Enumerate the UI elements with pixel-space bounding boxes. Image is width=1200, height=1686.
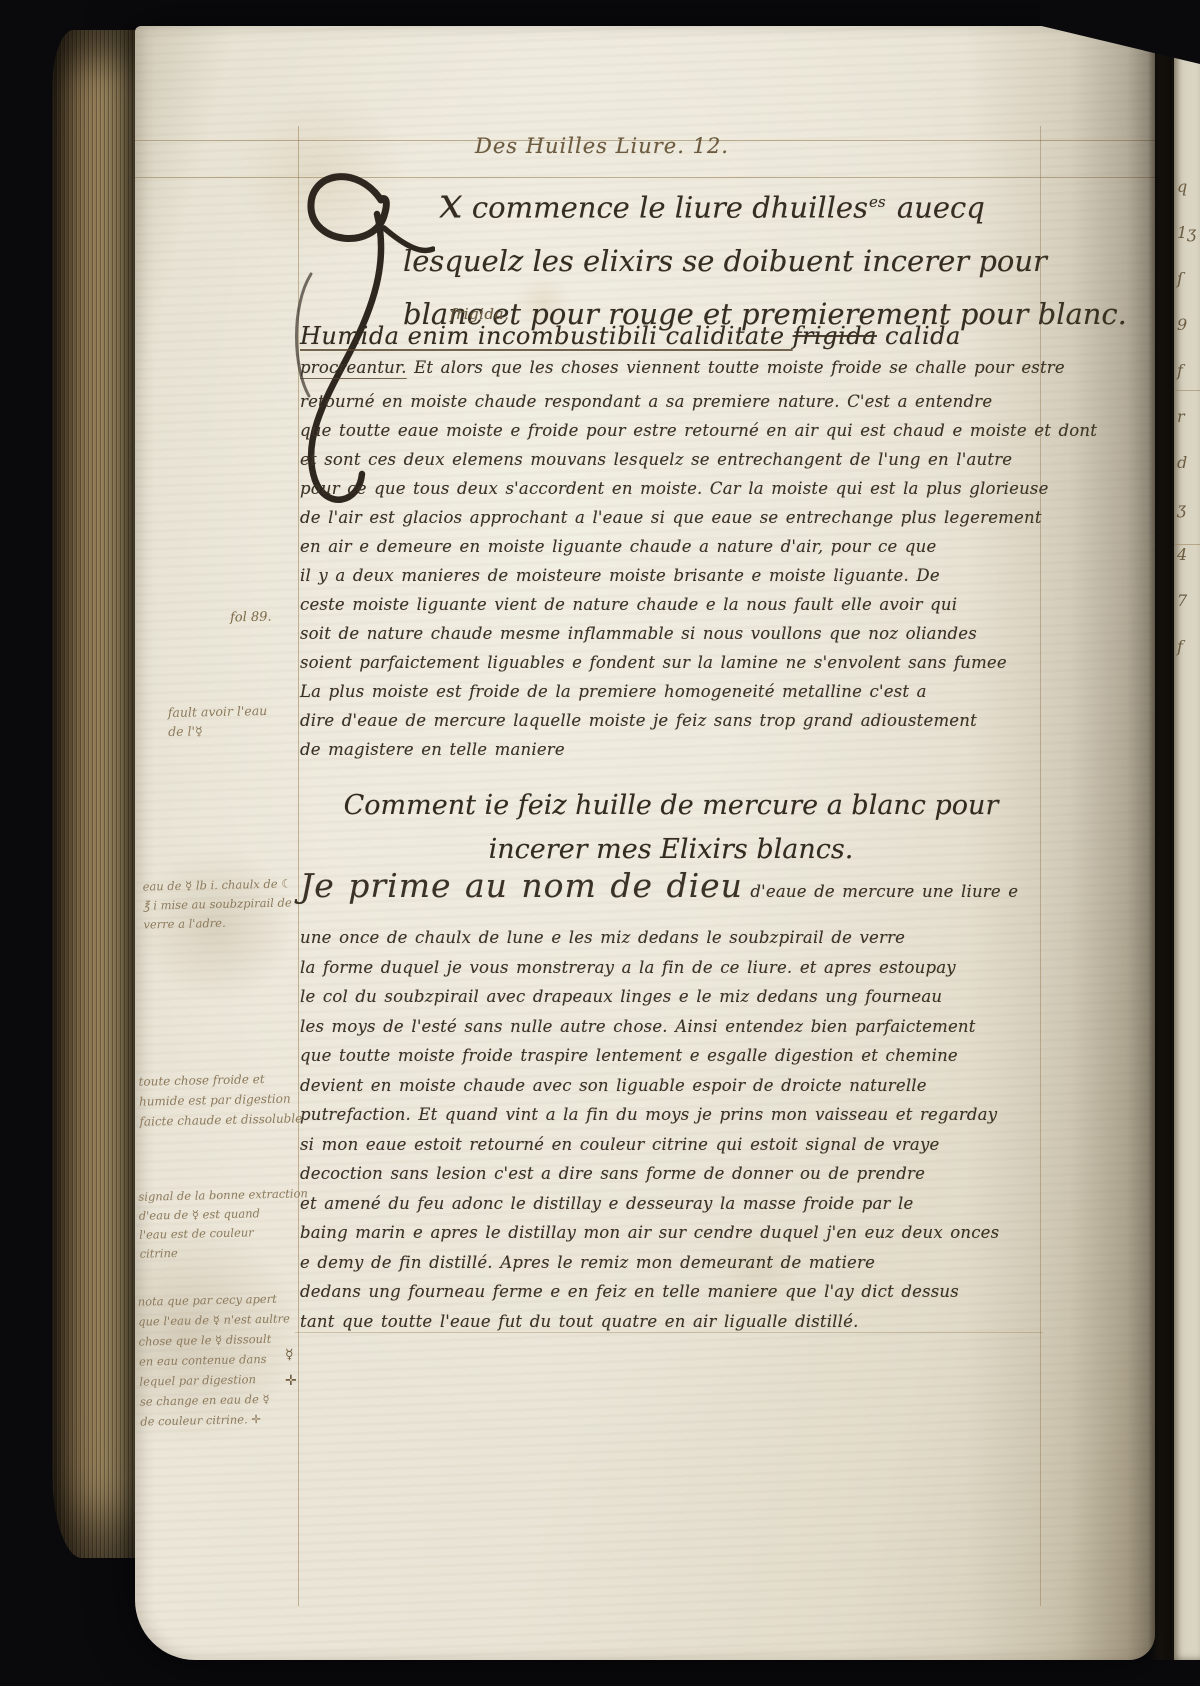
running-header: Des Huilles Liure. 12. [475,134,729,158]
book-gutter-shadow [1148,26,1174,1660]
margin-note-4: toute chose froide et humide est par dig… [138,1068,302,1131]
facing-page-text-fragments: q 1ʒ ſ 9 f r d ʒ 4 7 f [1177,164,1196,670]
incipit-line-2: lesquelz les elixirs se doibuent incerer… [403,235,1127,288]
incipit-line-1: x commence le liure dhuilleses auecq [403,176,1127,235]
margin-note-folio: fol 89. [230,608,272,628]
incipit-line-1-text: commence le liure dhuilles [463,191,868,225]
incipit-swash-letter: x [439,179,463,228]
margin-note-6: nota que par cecy apert que l'eau de ☿ n… [138,1288,293,1431]
section-heading: Comment ie feiz huille de mercure a blan… [300,784,1042,872]
paragraph-1-first-line-text: Et alors que les choses viennent toutte … [407,358,1065,377]
paragraph-2-first-line-text: d'eaue de mercure une liure e [743,882,1018,901]
book-page-edges [52,30,140,1558]
incipit-line-1-end: auecq [888,191,985,225]
paragraph-2-first-line: Je prime au nom de dieu d'eaue de mercur… [300,866,1018,905]
margin-note-5: signal de la bonne extraction d'eau de ☿… [138,1184,309,1264]
paragraph-1-first-line: procreantur. Et alors que les choses vie… [300,358,1065,377]
latin-heading: frigida,Humida enim incombustibili calid… [300,322,961,350]
paragraph-2-incipit: Je prime au nom de dieu [300,866,743,905]
struck-word: frigida [793,322,877,350]
section-heading-line-1: Comment ie feiz huille de mercure a blan… [300,784,1042,828]
paragraph-1-body: retourné en moiste chaude respondant a s… [300,387,1097,764]
incipit-paragraph: x commence le liure dhuilleses auecq les… [403,176,1127,341]
paragraph-2-body: une once de chaulx de lune e les miz ded… [300,923,999,1336]
manuscript-photo: { "colors":{ "background":"#0a0a0d", "pa… [0,0,1200,1686]
latin-lead-word: procreantur. [300,358,407,377]
interlinear-superscript: es [869,193,886,211]
latin-heading-end: calida [877,322,961,350]
margin-note-2: fault avoir l'eau de l'☿ [168,701,268,741]
interlinear-correction: frigida, [450,305,509,323]
latin-heading-text: Humida enim incombustibili caliditate [300,322,793,350]
margin-note-3: eau de ☿ lb i. chaulx de ☾ ℥ i mise au s… [142,874,292,934]
manuscript-page: Des Huilles Liure. 12. x commence le liu… [135,26,1155,1660]
facing-page-sliver: q 1ʒ ſ 9 f r d ʒ 4 7 f [1172,44,1200,1660]
margin-alchemical-symbols: ☿ ✛ [285,1342,297,1394]
